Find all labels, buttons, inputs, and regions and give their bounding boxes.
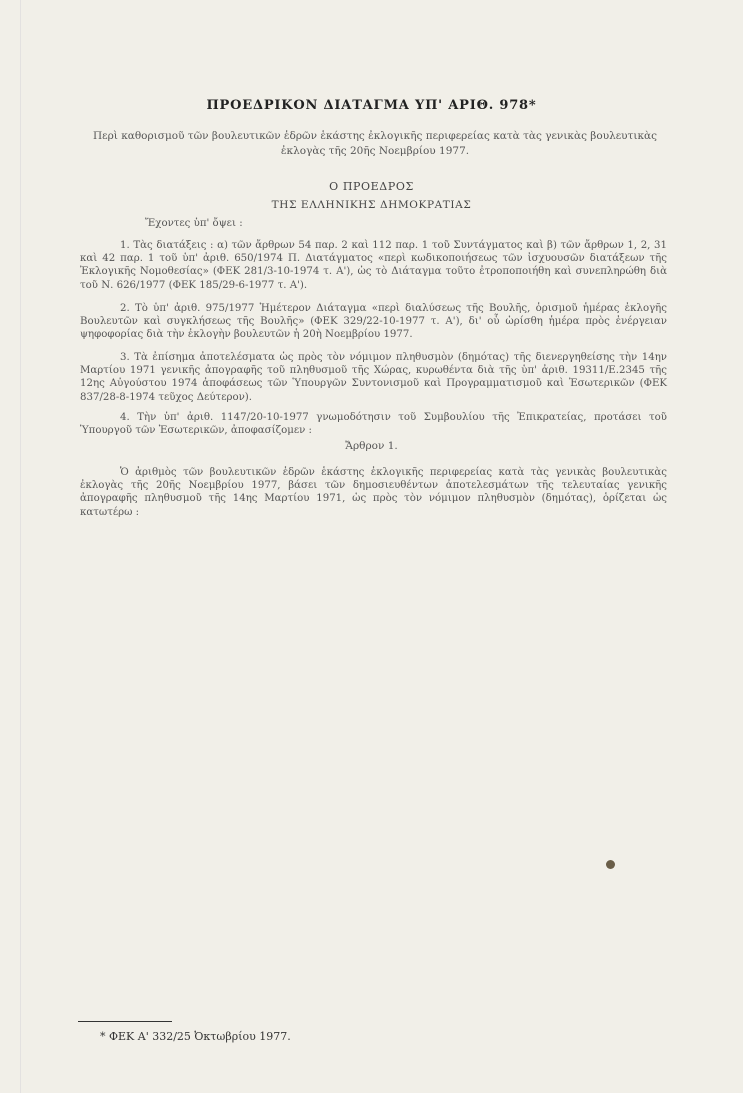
- footnote: * ΦΕΚ Α' 332/25 Ὀκτωβρίου 1977.: [100, 1030, 291, 1043]
- president-heading: Ο ΠΡΟΕΔΡΟΣ: [0, 180, 743, 193]
- article-text: Ὁ ἀριθμὸς τῶν βουλευτικῶν ἑδρῶν ἑκάστης …: [80, 466, 667, 519]
- article-heading: Ἄρθρον 1.: [0, 440, 743, 452]
- decree-title: ΠΡΟΕΔΡΙΚΟΝ ΔΙΑΤΑΓΜΑ ΥΠ' ΑΡΙΘ. 978*: [0, 98, 743, 113]
- footnote-divider: [78, 1021, 172, 1022]
- paragraph-3: 3. Τὰ ἐπίσημα ἀποτελέσματα ὡς πρὸς τὸν ν…: [80, 351, 667, 404]
- paragraph-2: 2. Τὸ ὑπ' ἀριθ. 975/1977 Ἡμέτερον Διάταγ…: [80, 302, 667, 342]
- paragraph-1: 1. Τὰς διατάξεις : α) τῶν ἄρθρων 54 παρ.…: [80, 239, 667, 292]
- scan-artifact: [20, 0, 21, 1093]
- ink-spot: [606, 860, 615, 869]
- republic-heading: ΤΗΣ ΕΛΛΗΝΙΚΗΣ ΔΗΜΟΚΡΑΤΙΑΣ: [0, 199, 743, 211]
- document-page: ΠΡΟΕΔΡΙΚΟΝ ΔΙΑΤΑΓΜΑ ΥΠ' ΑΡΙΘ. 978* Περὶ …: [0, 0, 743, 1093]
- decree-subtitle: Περὶ καθορισμοῦ τῶν βουλευτικῶν ἑδρῶν ἑκ…: [80, 129, 670, 159]
- paragraph-4: 4. Τὴν ὑπ' ἀριθ. 1147/20-10-1977 γνωμοδό…: [80, 411, 667, 437]
- considering-line: Ἔχοντες ὑπ' ὄψει :: [145, 217, 445, 230]
